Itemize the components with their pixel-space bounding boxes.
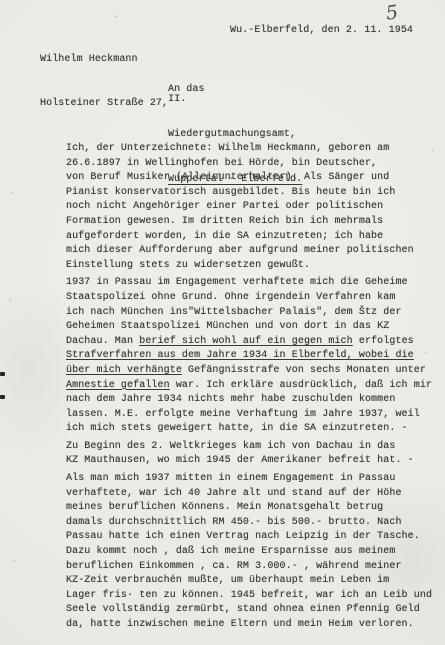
text-run: lassen. M.E. erfolgte meine Verhaftung i… bbox=[66, 409, 420, 420]
text-line: Passau hatte ich einen Vertrag nach Leip… bbox=[66, 530, 432, 545]
text-run: meines beruflichen Könnens. Mein Monatsg… bbox=[66, 502, 383, 513]
text-run: 26.6.1897 in Wellinghofen bei Hörde, bin… bbox=[66, 158, 377, 169]
text-line: Staatspolizei ohne Grund. Ohne irgendein… bbox=[66, 291, 432, 306]
paragraph: 1937 in Passau im Engagement verhaftete … bbox=[66, 276, 432, 437]
text-line: ich nach München ins"Wittelsbacher Palai… bbox=[66, 306, 432, 321]
text-run: KZ Mauthausen, wo mich 1945 der Amerikan… bbox=[66, 455, 414, 466]
sender-address: Wilhelm Heckmann Holsteiner Straße 27,II… bbox=[40, 24, 186, 140]
underlined-text-run: berief sich wohl auf ein gegen mich bbox=[139, 336, 353, 347]
text-run: ich nach München ins"Wittelsbacher Palai… bbox=[66, 307, 402, 318]
text-line: über mich verhängte Gefängnisstrafe von … bbox=[66, 364, 432, 379]
text-run: Staatspolizei ohne Grund. Ohne irgendein… bbox=[66, 292, 395, 303]
text-line: aufgefordert worden, in die SA einzutret… bbox=[66, 230, 432, 245]
text-run: Gefängnisstrafe von sechs Monaten unter bbox=[182, 365, 426, 376]
text-run: Dazu kommt noch , daß ich meine Ersparni… bbox=[66, 546, 395, 557]
text-line: nach dem Jahre 1934 nichts mehr habe zus… bbox=[66, 393, 432, 408]
text-run: Geheimen Staatspolizei München und von d… bbox=[66, 321, 389, 332]
text-run: Einstellung stets zu widersetzen gewußt. bbox=[66, 260, 310, 271]
text-run: Dachau. Man bbox=[66, 336, 139, 347]
edge-ink-mark bbox=[0, 395, 5, 399]
text-run: Passau hatte ich einen Vertrag nach Leip… bbox=[66, 531, 420, 542]
text-run: Formation gewesen. Im dritten Reich bin … bbox=[66, 216, 383, 227]
sender-name: Wilhelm Heckmann bbox=[40, 53, 186, 68]
text-line: Seele vollständig zermürbt, stand ohnea … bbox=[66, 603, 432, 618]
letter-page: 5 Wilhelm Heckmann Holsteiner Straße 27,… bbox=[0, 0, 445, 645]
text-line: damals durchschnittlich RM 450.- bis 500… bbox=[66, 516, 432, 531]
text-run: aufgefordert worden, in die SA einzutret… bbox=[66, 231, 383, 242]
text-line: 26.6.1897 in Wellinghofen bei Hörde, bin… bbox=[66, 157, 432, 172]
sender-street-line: Holsteiner Straße 27,II. bbox=[40, 97, 186, 112]
text-run: damals durchschnittlich RM 450.- bis 500… bbox=[66, 517, 402, 528]
text-line: Ich, der Unterzeichnete: Wilhelm Heckman… bbox=[66, 142, 432, 157]
edge-ink-mark bbox=[0, 372, 5, 376]
text-line: verhaftete, war ich 40 Jahre alt und sta… bbox=[66, 487, 432, 502]
text-line: von Beruf Musiker (Alleinunterhalter). A… bbox=[66, 171, 432, 186]
text-line: Einstellung stets zu widersetzen gewußt. bbox=[66, 259, 432, 274]
text-run: beruflichen Einkommen , ca. RM 3.000.- ,… bbox=[66, 561, 402, 572]
text-line: Formation gewesen. Im dritten Reich bin … bbox=[66, 215, 432, 230]
text-line: Zu Beginn des 2. Weltkrieges kam ich von… bbox=[66, 440, 432, 455]
text-line: Als man mich 1937 mitten in einem Engage… bbox=[66, 472, 432, 487]
text-run: war. Ich erkläre ausdrücklich, daß ich m… bbox=[170, 380, 432, 391]
text-run: da, hatte inzwischen meine Eltern und me… bbox=[66, 619, 414, 630]
text-line: mich dieser Aufforderung aber aufgrund m… bbox=[66, 244, 432, 259]
dateline: Wu.-Elberfeld, den 2. 11. 1954 bbox=[230, 24, 413, 39]
paragraph: Als man mich 1937 mitten in einem Engage… bbox=[66, 472, 432, 633]
text-run: Als man mich 1937 mitten in einem Engage… bbox=[66, 473, 395, 484]
text-run: 1937 in Passau im Engagement verhaftete … bbox=[66, 277, 408, 288]
text-line: Geheimen Staatspolizei München und von d… bbox=[66, 320, 432, 335]
text-line: Pianist konservatorisch ausgebildet. Bis… bbox=[66, 186, 432, 201]
text-line: beruflichen Einkommen , ca. RM 3.000.- ,… bbox=[66, 560, 432, 575]
text-run: Zu Beginn des 2. Weltkrieges kam ich von… bbox=[66, 441, 395, 452]
text-run: verhaftete, war ich 40 Jahre alt und sta… bbox=[66, 488, 402, 499]
text-run: Lager fris· ten zu können. 1945 befreit,… bbox=[66, 590, 432, 601]
text-line: 1937 in Passau im Engagement verhaftete … bbox=[66, 276, 432, 291]
text-line: KZ Mauthausen, wo mich 1945 der Amerikan… bbox=[66, 454, 432, 469]
text-run: von Beruf Musiker (Alleinunterhalter). A… bbox=[66, 172, 389, 183]
text-line: Dachau. Man berief sich wohl auf ein geg… bbox=[66, 335, 432, 350]
text-run: Pianist konservatorisch ausgebildet. Bis… bbox=[66, 187, 395, 198]
text-line: Amnestie gefallen war. Ich erkläre ausdr… bbox=[66, 379, 432, 394]
text-run: Ich, der Unterzeichnete: Wilhelm Heckman… bbox=[66, 143, 389, 154]
paragraph: Ich, der Unterzeichnete: Wilhelm Heckman… bbox=[66, 142, 432, 273]
paragraph: Zu Beginn des 2. Weltkrieges kam ich von… bbox=[66, 440, 432, 469]
text-run: noch nicht Angehöriger einer Partei oder… bbox=[66, 201, 383, 212]
text-run: ich mich stets geweigert hatte, in die S… bbox=[66, 423, 408, 434]
underlined-text-run: Strafverfahren aus dem Jahre 1934 in Elb… bbox=[66, 350, 414, 361]
text-run: Seele vollständig zermürbt, stand ohnea … bbox=[66, 604, 420, 615]
text-line: noch nicht Angehöriger einer Partei oder… bbox=[66, 200, 432, 215]
text-run: mich dieser Aufforderung aber aufgrund m… bbox=[66, 245, 414, 256]
text-line: ich mich stets geweigert hatte, in die S… bbox=[66, 422, 432, 437]
letter-body: Ich, der Unterzeichnete: Wilhelm Heckman… bbox=[66, 142, 432, 636]
scan-specks bbox=[0, 0, 1, 1]
sender-street: Holsteiner Straße 27, bbox=[40, 98, 168, 109]
recipient-salutation: An das bbox=[168, 78, 302, 101]
text-line: Strafverfahren aus dem Jahre 1934 in Elb… bbox=[66, 349, 432, 364]
text-line: Lager fris· ten zu können. 1945 befreit,… bbox=[66, 589, 432, 604]
text-run: nach dem Jahre 1934 nichts mehr habe zus… bbox=[66, 394, 395, 405]
text-line: KZ-Zeit verbrauchén mußte, um überhaupt … bbox=[66, 574, 432, 589]
text-run: erfolgtes bbox=[353, 336, 414, 347]
text-line: da, hatte inzwischen meine Eltern und me… bbox=[66, 618, 432, 633]
text-run: KZ-Zeit verbrauchén mußte, um überhaupt … bbox=[66, 575, 389, 586]
handwritten-page-number: 5 bbox=[385, 1, 400, 24]
text-line: Dazu kommt noch , daß ich meine Ersparni… bbox=[66, 545, 432, 560]
underlined-text-run: Amnestie gefallen bbox=[66, 380, 170, 391]
text-line: lassen. M.E. erfolgte meine Verhaftung i… bbox=[66, 408, 432, 423]
underlined-text-run: über mich verhängte bbox=[66, 365, 182, 376]
text-line: meines beruflichen Könnens. Mein Monatsg… bbox=[66, 501, 432, 516]
